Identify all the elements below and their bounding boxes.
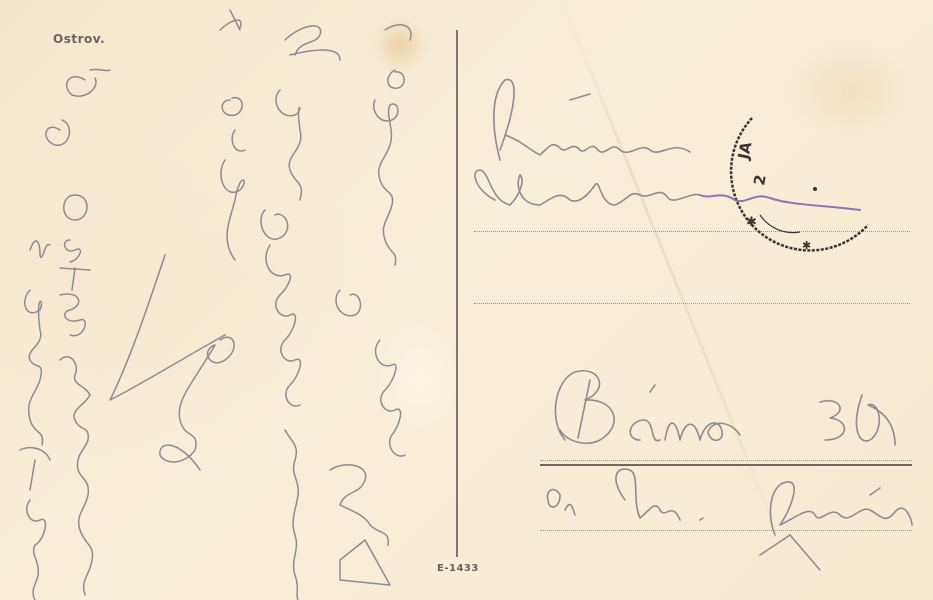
postmark-stamp: JA 2 ✱ ✱ [731,118,868,252]
postmark-star-icon: ✱ [746,215,757,230]
postcard-back: Ostrov. E-1433 JA 2 ✱ ✱ [0,0,933,600]
postmark-star-icon: ✱ [802,239,811,252]
message-handwriting [20,10,411,600]
postmark-day-text: 2 [750,173,770,186]
handwriting-and-postmark: JA 2 ✱ ✱ [0,0,933,600]
postmark-month-text: JA [734,140,755,162]
address-handwriting [475,80,912,570]
